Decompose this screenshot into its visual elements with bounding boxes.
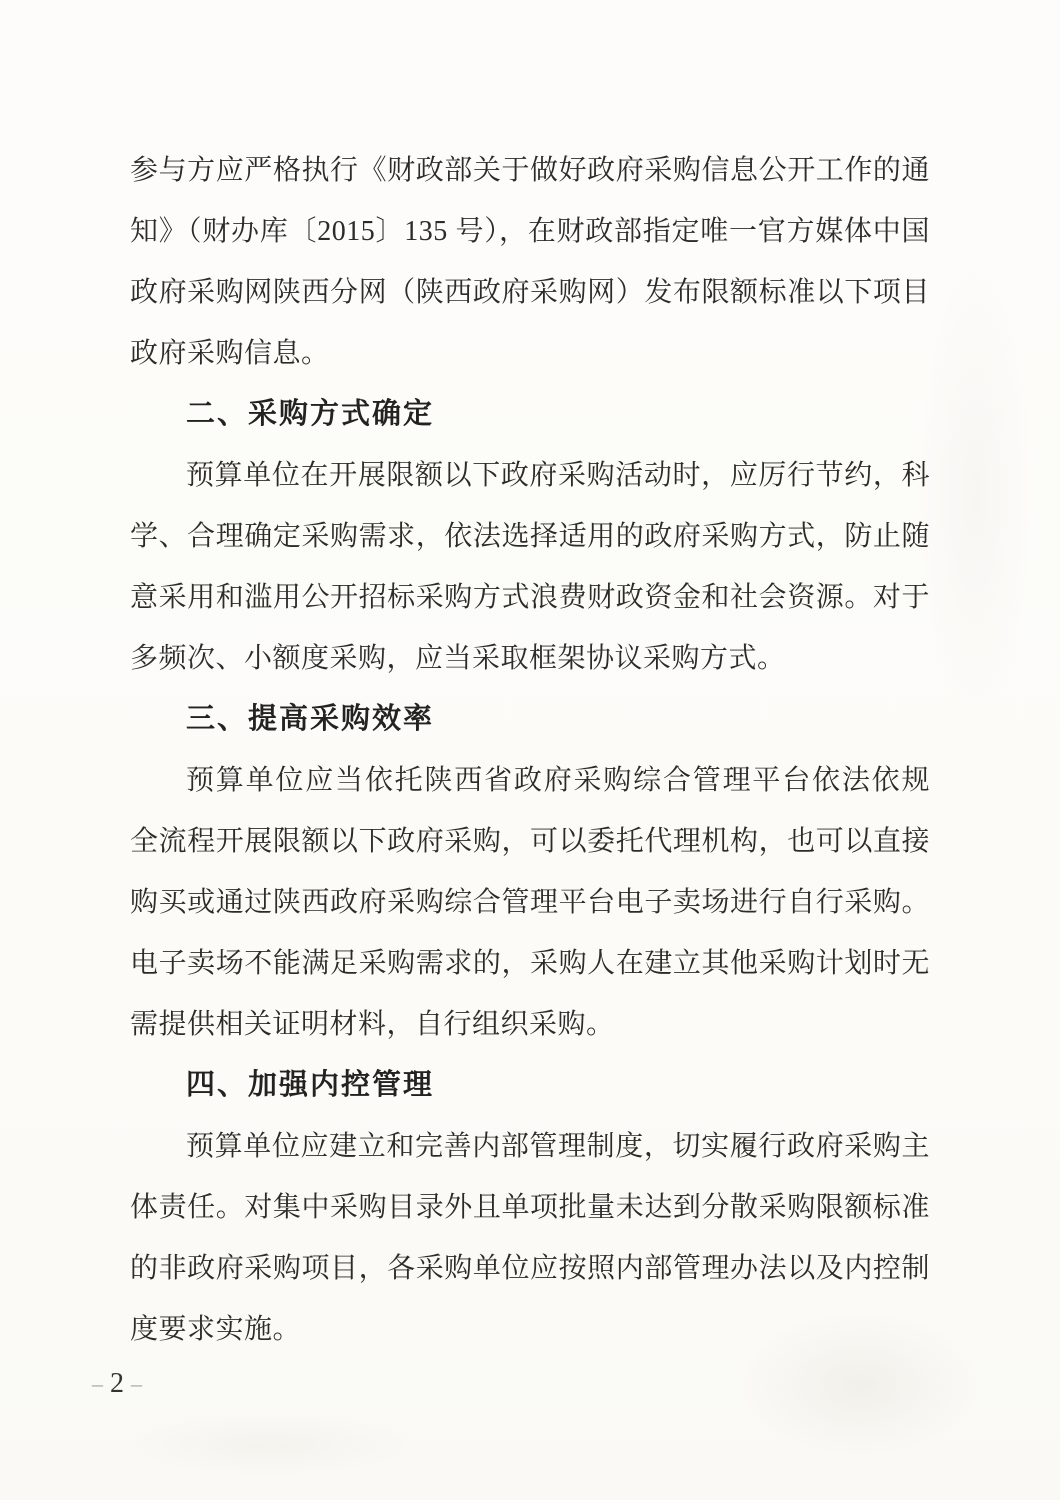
text-line: 意采用和滥用公开招标采购方式浪费财政资金和社会资源。对于 (130, 567, 930, 628)
text-line: 度要求实施。 (130, 1299, 930, 1360)
section-heading: 三、提高采购效率 (130, 689, 930, 750)
text-line: 体责任。对集中采购目录外且单项批量未达到分散采购限额标准 (130, 1177, 930, 1238)
text-line: 预算单位应建立和完善内部管理制度，切实履行政府采购主 (130, 1116, 930, 1177)
text-line: 参与方应严格执行《财政部关于做好政府采购信息公开工作的通 (130, 140, 930, 201)
document-page: 参与方应严格执行《财政部关于做好政府采购信息公开工作的通 知》（财办库〔2015… (0, 0, 1060, 1500)
text-line: 政府采购网陕西分网（陕西政府采购网）发布限额标准以下项目 (130, 262, 930, 323)
text-line: 知》（财办库〔2015〕135 号），在财政部指定唯一官方媒体中国 (130, 201, 930, 262)
text-line: 预算单位在开展限额以下政府采购活动时，应厉行节约，科 (130, 445, 930, 506)
text-line: 学、合理确定采购需求，依法选择适用的政府采购方式，防止随 (130, 506, 930, 567)
document-body: 参与方应严格执行《财政部关于做好政府采购信息公开工作的通 知》（财办库〔2015… (130, 140, 930, 1360)
text-line: 全流程开展限额以下政府采购，可以委托代理机构，也可以直接 (130, 811, 930, 872)
text-line: 购买或通过陕西政府采购综合管理平台电子卖场进行自行采购。 (130, 872, 930, 933)
text-line: 的非政府采购项目，各采购单位应按照内部管理办法以及内控制 (130, 1238, 930, 1299)
scan-smudge (60, 1400, 480, 1490)
page-number-value: 2 (110, 1368, 124, 1400)
text-line: 预算单位应当依托陕西省政府采购综合管理平台依法依规 (130, 750, 930, 811)
text-line: 政府采购信息。 (130, 323, 930, 384)
text-line: 电子卖场不能满足采购需求的，采购人在建立其他采购计划时无 (130, 933, 930, 994)
text-line: 需提供相关证明材料，自行组织采购。 (130, 994, 930, 1055)
page-number-dash: – (92, 1373, 103, 1395)
section-heading: 二、采购方式确定 (130, 384, 930, 445)
page-number: – 2 – (92, 1368, 142, 1400)
text-line: 多频次、小额度采购，应当采取框架协议采购方式。 (130, 628, 930, 689)
page-number-dash: – (131, 1373, 142, 1395)
section-heading: 四、加强内控管理 (130, 1055, 930, 1116)
